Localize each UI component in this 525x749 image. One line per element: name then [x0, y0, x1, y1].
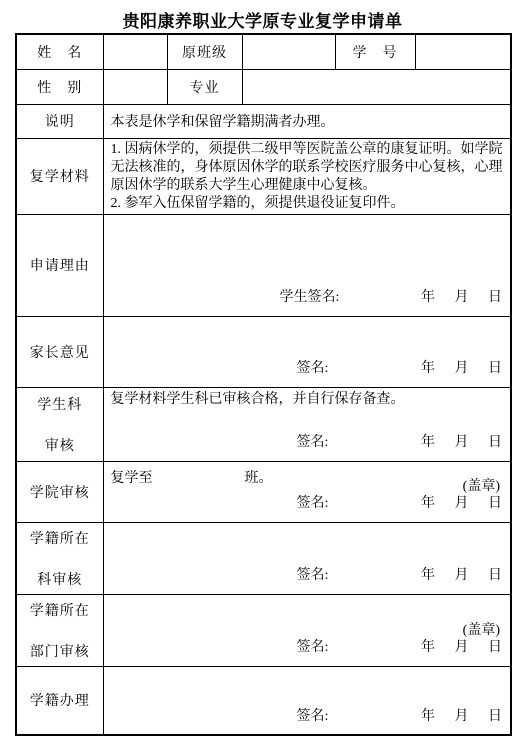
parent-opinion-input-area[interactable]	[104, 317, 511, 355]
registry-department-review-row: 学籍所在 部门审核 (盖章) 签名: 年 月 日	[16, 594, 511, 666]
student-id-label: 学 号	[353, 46, 398, 61]
registry-section-review-content-cell: 签名: 年 月 日	[103, 522, 511, 594]
student-section-review-label: 学生科 审核	[17, 394, 103, 455]
registry-section-input-area[interactable]	[104, 523, 511, 562]
date-labels: 年 月 日	[421, 286, 502, 306]
student-section-review-label-cell: 学生科 审核	[16, 387, 103, 461]
major-label: 专业	[190, 81, 220, 96]
resume-to-class-line: 复学至 班。	[111, 467, 273, 487]
registry-processing-content: 签名: 年 月 日	[104, 667, 511, 734]
registry-department-review-content: (盖章) 签名: 年 月 日	[104, 595, 511, 665]
registry-section-review-label-cell: 学籍所在 科审核	[16, 522, 103, 594]
registry-section-signature-label: 签名:	[297, 564, 329, 584]
date-labels: 年 月 日	[421, 431, 502, 451]
student-section-review-row: 学生科 审核 复学材料学生科已审核合格，并自行保存备查。 签名: 年 月 日	[16, 387, 511, 461]
college-review-label-cell: 学院审核	[16, 461, 103, 522]
college-signature-line: 签名: 年 月 日	[104, 492, 511, 512]
parent-signature-line: 签名: 年 月 日	[104, 357, 511, 377]
header-row-1: 姓 名 原班级 学 号	[16, 34, 511, 69]
registry-department-review-label-line2: 部门审核	[30, 641, 90, 661]
gender-label-cell: 性 别	[16, 69, 103, 104]
instructions-content: 本表是休学和保留学籍期满者办理。	[104, 105, 511, 137]
parent-opinion-content-cell: 签名: 年 月 日	[103, 316, 511, 387]
application-form-table: 姓 名 原班级 学 号 性 别 专业 说明 本表是休学和保留学籍期满者办理。 复…	[15, 33, 512, 736]
registry-section-review-label-line2: 科审核	[37, 569, 82, 589]
college-review-content: 复学至 班。 (盖章) 签名: 年 月 日	[104, 462, 511, 521]
resume-prefix-label: 复学至	[111, 467, 153, 487]
form-title: 贵阳康养职业大学原专业复学申请单	[0, 0, 525, 33]
parent-opinion-row: 家长意见 签名: 年 月 日	[16, 316, 511, 387]
materials-row: 复学材料 1. 因病休学的，须提供二级甲等医院盖公章的康复证明。如学院无法核准的…	[16, 138, 511, 214]
materials-item-2: 2. 参军入伍保留学籍的，须提供退役证复印件。	[111, 196, 405, 211]
registry-processing-row: 学籍办理 签名: 年 月 日	[16, 666, 511, 735]
student-section-review-label-line2: 审核	[45, 435, 75, 455]
student-section-review-label-line1: 学生科	[37, 394, 82, 414]
registry-section-review-content: 签名: 年 月 日	[104, 523, 511, 593]
college-review-label: 学院审核	[30, 486, 90, 501]
registry-department-review-label: 学籍所在 部门审核	[17, 600, 103, 661]
registry-processing-content-cell: 签名: 年 月 日	[103, 666, 511, 735]
registry-department-signature-label: 签名:	[297, 636, 329, 656]
major-input-cell[interactable]	[242, 69, 511, 104]
registry-processing-signature-line: 签名: 年 月 日	[104, 705, 511, 725]
date-labels: 年 月 日	[421, 492, 502, 512]
original-class-label-cell: 原班级	[167, 34, 242, 69]
registry-section-review-label-line1: 学籍所在	[30, 528, 90, 548]
student-id-input-cell[interactable]	[415, 34, 511, 69]
college-signature-label: 签名:	[297, 492, 329, 512]
registry-processing-signature-label: 签名:	[297, 705, 329, 725]
student-section-signature-label: 签名:	[297, 431, 329, 451]
student-id-label-cell: 学 号	[335, 34, 415, 69]
header-row-2: 性 别 专业	[16, 69, 511, 104]
name-input-cell[interactable]	[103, 34, 167, 69]
instructions-row: 说明 本表是休学和保留学籍期满者办理。	[16, 104, 511, 138]
gender-input-cell[interactable]	[103, 69, 167, 104]
college-review-row: 学院审核 复学至 班。 (盖章) 签名: 年 月 日	[16, 461, 511, 522]
instructions-label: 说明	[45, 115, 75, 130]
original-class-label: 原班级	[182, 46, 227, 61]
student-signature-line: 学生签名: 年 月 日	[104, 286, 511, 306]
registry-processing-input-area[interactable]	[104, 667, 511, 704]
parent-signature-label: 签名:	[297, 357, 329, 377]
application-reason-label: 申请理由	[30, 259, 90, 274]
resume-suffix-label: 班。	[245, 467, 273, 487]
student-section-review-content: 复学材料学生科已审核合格，并自行保存备查。 签名: 年 月 日	[104, 388, 511, 460]
reason-input-area[interactable]	[104, 215, 511, 270]
instructions-label-cell: 说明	[16, 104, 103, 138]
date-labels: 年 月 日	[421, 636, 502, 656]
date-labels: 年 月 日	[421, 705, 502, 725]
major-label-cell: 专业	[167, 69, 242, 104]
college-review-content-cell: 复学至 班。 (盖章) 签名: 年 月 日	[103, 461, 511, 522]
registry-processing-label: 学籍办理	[30, 694, 90, 709]
application-reason-content-cell: 学生签名: 年 月 日	[103, 214, 511, 316]
registry-department-signature-line: 签名: 年 月 日	[104, 636, 511, 656]
materials-label-cell: 复学材料	[16, 138, 103, 214]
materials-content: 1. 因病休学的，须提供二级甲等医院盖公章的康复证明。如学院无法核准的，身体原因…	[104, 139, 511, 214]
student-signature-label: 学生签名:	[280, 286, 340, 306]
materials-label: 复学材料	[30, 170, 90, 185]
registry-department-review-label-line1: 学籍所在	[30, 600, 90, 620]
registry-section-review-label: 学籍所在 科审核	[17, 528, 103, 589]
instructions-content-cell: 本表是休学和保留学籍期满者办理。	[103, 104, 511, 138]
student-section-signature-line: 签名: 年 月 日	[104, 431, 511, 451]
application-reason-row: 申请理由 学生签名: 年 月 日	[16, 214, 511, 316]
application-reason-label-cell: 申请理由	[16, 214, 103, 316]
parent-opinion-content: 签名: 年 月 日	[104, 317, 511, 386]
registry-section-signature-line: 签名: 年 月 日	[104, 564, 511, 584]
parent-opinion-label: 家长意见	[30, 346, 90, 361]
student-section-review-note: 复学材料学生科已审核合格，并自行保存备查。	[111, 391, 508, 409]
date-labels: 年 月 日	[421, 564, 502, 584]
student-section-review-content-cell: 复学材料学生科已审核合格，并自行保存备查。 签名: 年 月 日	[103, 387, 511, 461]
materials-content-cell: 1. 因病休学的，须提供二级甲等医院盖公章的康复证明。如学院无法核准的，身体原因…	[103, 138, 511, 214]
parent-opinion-label-cell: 家长意见	[16, 316, 103, 387]
name-label: 姓 名	[37, 46, 82, 61]
name-label-cell: 姓 名	[16, 34, 103, 69]
application-reason-content: 学生签名: 年 月 日	[104, 215, 511, 315]
materials-item-1: 1. 因病休学的，须提供二级甲等医院盖公章的康复证明。如学院无法核准的，身体原因…	[111, 142, 503, 193]
registry-processing-label-cell: 学籍办理	[16, 666, 103, 735]
original-class-input-cell[interactable]	[242, 34, 335, 69]
gender-label: 性 别	[37, 81, 82, 96]
registry-department-review-label-cell: 学籍所在 部门审核	[16, 594, 103, 666]
registry-department-review-content-cell: (盖章) 签名: 年 月 日	[103, 594, 511, 666]
registry-section-review-row: 学籍所在 科审核 签名: 年 月 日	[16, 522, 511, 594]
date-labels: 年 月 日	[421, 357, 502, 377]
